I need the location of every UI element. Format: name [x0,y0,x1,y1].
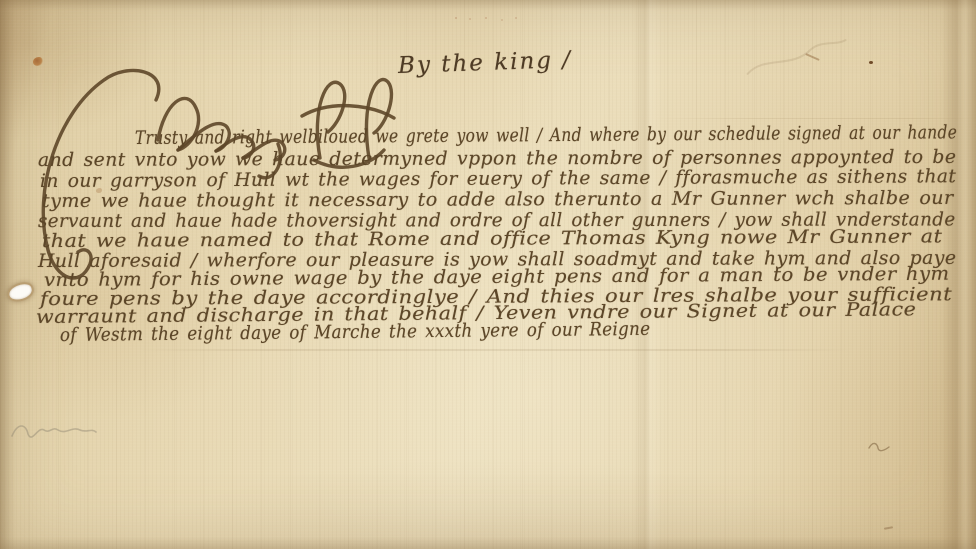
paper-bottom-edge-shadow [0,537,976,549]
torn-hole [5,280,36,304]
small-ink-mark [866,438,892,456]
ink-speck-bottom [884,526,893,530]
horizontal-fold-crease [140,349,850,351]
body-line-1: Trusty and right welbiloued we grete yow… [135,122,957,150]
manuscript-photo: By the king / Henry R Trusty and right w… [0,0,976,549]
heading-by-the-king: By the king / [398,47,573,79]
monogram-stroke [302,106,394,118]
paper-left-edge-shadow [0,0,16,549]
ink-showthrough [740,34,854,87]
faint-horizontal-crease [655,118,975,119]
paper-top-edge-shadow [0,0,976,10]
pencil-annotation [8,408,100,450]
foxing-spot [33,57,43,66]
ink-speck [869,61,873,64]
ink-smudge [805,53,820,61]
faint-ink-marks [455,17,457,19]
